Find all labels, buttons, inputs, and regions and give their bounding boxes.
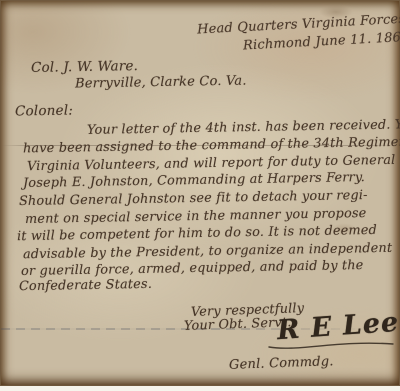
salutation: Colonel: [15,102,73,119]
recipient-name: Col. J. W. Ware. [31,58,138,76]
body-line-10: Confederate States. [19,277,152,294]
scanned-letter: Head Quarters Virginia Forces. Richmond … [0,0,400,391]
scan-background-strip [0,386,400,391]
signature-flourish [267,337,397,353]
recipient-address: Berryville, Clarke Co. Va. [75,74,247,92]
letter-sheet: Head Quarters Virginia Forces. Richmond … [0,0,400,386]
signer-title: Genl. Commdg. [229,354,334,373]
body-line-5: Should General Johnston see fit to detac… [19,188,368,209]
